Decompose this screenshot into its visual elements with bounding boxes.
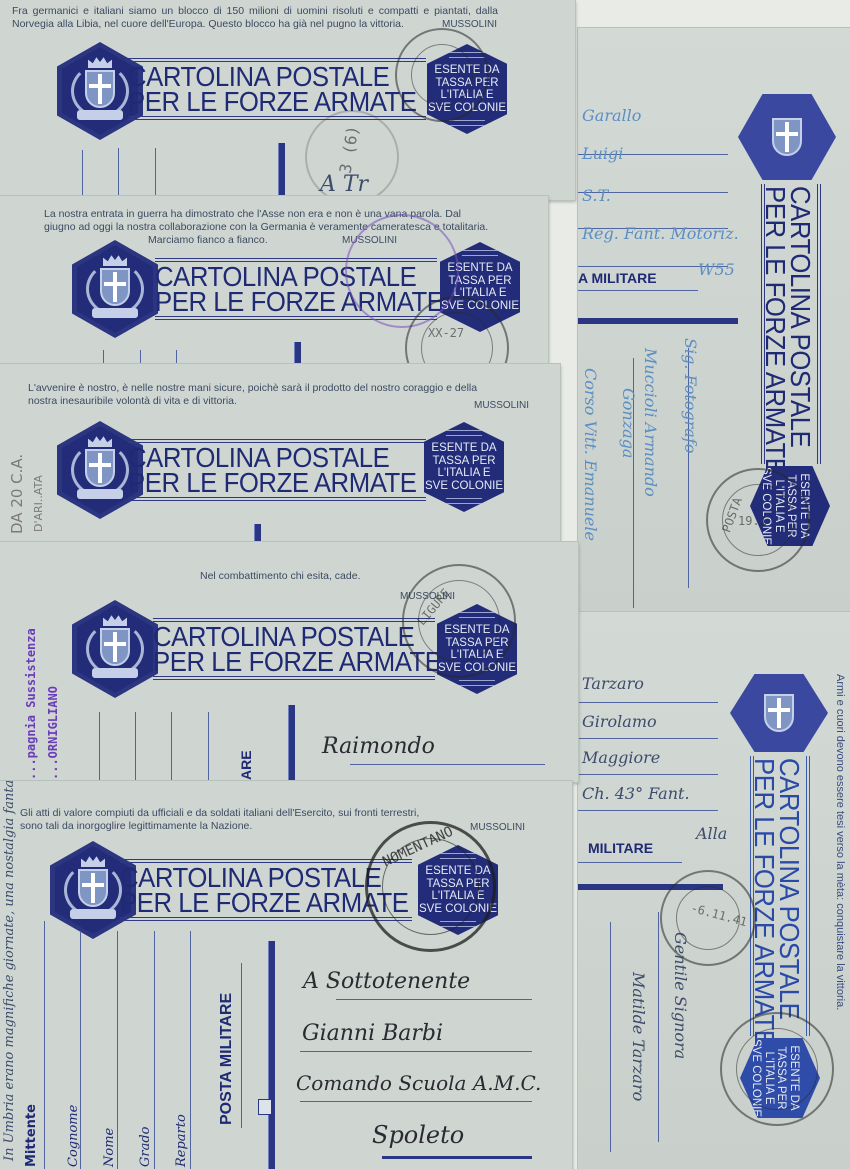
- field-label-reparto: Reparto: [174, 1114, 189, 1167]
- address-line-3: [300, 1101, 532, 1102]
- sender-line: [155, 148, 156, 200]
- coat-of-arms-emblem: [738, 94, 836, 180]
- savoy-shield-icon: [764, 694, 794, 732]
- field-label-grado: Grado: [138, 1127, 153, 1168]
- flag-icon: [258, 1099, 272, 1115]
- address-line-2: [300, 1051, 532, 1052]
- postcard-6: Garallo Luigi S.T. Reg. Fant. Motoriz. W…: [578, 28, 850, 613]
- handwriting-address-3: Comando Scuola A.M.C.: [296, 1071, 541, 1095]
- handwriting-address-1: Alla: [696, 824, 727, 843]
- sender-line-reparto: [190, 931, 191, 1169]
- handwriting-address-4: Spoleto: [372, 1121, 464, 1149]
- field-label-nome: Nome: [102, 1128, 117, 1167]
- sender-line: [578, 810, 718, 811]
- label-underline: [578, 290, 698, 291]
- postcard-1: Fra germanici e italiani siamo un blocco…: [0, 0, 575, 200]
- posta-militare-label: POSTA MILITARE: [218, 993, 236, 1125]
- handwriting-sender-1: Garallo: [582, 106, 641, 125]
- address-line: [350, 764, 545, 765]
- title-band: CARTOLINA POSTALE PER LE FORZE ARMATE: [128, 58, 426, 120]
- quote-author: MUSSOLINI: [470, 821, 525, 834]
- sender-line: [578, 738, 718, 739]
- sender-line: [99, 712, 100, 782]
- postmark-date: 19.1: [738, 514, 767, 528]
- card-title-line2: PER LE FORZE ARMATE: [763, 186, 788, 475]
- handwriting-sender-5: W55: [698, 260, 735, 279]
- sender-line: [118, 148, 119, 200]
- side-stamp-line2: ...ORNIGLIANO: [46, 686, 60, 780]
- handwriting-sender-3: S.T.: [582, 186, 611, 205]
- coat-of-arms-emblem: [72, 240, 158, 338]
- postcard-4: Nel combattimento chi esita, cade. MUSSO…: [0, 542, 578, 782]
- field-label-mittente: Mittente: [24, 1104, 39, 1167]
- postmark-center: XX-27: [428, 326, 464, 340]
- posta-militare-label: A MILITARE: [578, 270, 657, 286]
- card-title-line2: PER LE FORZE ARMATE: [752, 758, 777, 1047]
- coat-of-arms-emblem: [72, 600, 158, 698]
- postcard-2: La nostra entrata in guerra ha dimostrat…: [0, 196, 548, 366]
- tax-exempt-badge: ESENTE DATASSA PERL'ITALIA ESVE COLONIE: [424, 422, 504, 512]
- handwriting-recipient: A Tr: [320, 172, 368, 197]
- propaganda-quote: Nel combattimento chi esita, cade.: [200, 570, 361, 583]
- field-label-cognome: Cognome: [66, 1105, 81, 1167]
- posta-militare-label: MILITARE: [588, 840, 653, 856]
- handwriting-address-1: Sig. Fotografo: [681, 338, 700, 453]
- postcard-7: Tarzaro Girolamo Maggiore Ch. 43° Fant. …: [578, 612, 850, 1169]
- side-stamp-line1: ...pagnia Sussistenza: [24, 628, 38, 780]
- handwriting-address-3: Gonzaga: [619, 388, 638, 458]
- side-stamp-line1: DA 20 C.A.: [8, 454, 26, 534]
- sender-line: [578, 702, 718, 703]
- label-underline: [241, 963, 242, 1128]
- propaganda-quote: Fra germanici e italiani siamo un blocco…: [12, 5, 498, 31]
- sender-line: [171, 712, 172, 782]
- postcard-5: Gli atti di valore compiuti da ufficiali…: [0, 781, 572, 1169]
- side-quote: Armi e cuori devono essere tesi verso la…: [834, 674, 846, 1010]
- sender-line: [135, 712, 136, 782]
- address-line-4: [382, 1156, 532, 1159]
- flagpole: [294, 342, 301, 366]
- side-stamp-line2: D'ARI..ATA: [32, 475, 45, 532]
- card-title-line2: PER LE FORZE ARMATE: [128, 470, 402, 495]
- card-title-line2: PER LE FORZE ARMATE: [120, 890, 389, 915]
- handwriting-sender-1: Tarzaro: [582, 674, 644, 693]
- propaganda-quote: La nostra entrata in guerra ha dimostrat…: [44, 208, 548, 247]
- vertical-title-band: CARTOLINA POSTALE PER LE FORZE ARMATE: [761, 184, 821, 464]
- vertical-title-band: CARTOLINA POSTALE PER LE FORZE ARMATE: [750, 756, 810, 1036]
- title-band: CARTOLINA POSTALE PER LE FORZE ARMATE: [153, 618, 435, 680]
- handwriting-address-2: Gentile Signora: [671, 932, 690, 1059]
- savoy-shield-icon: [85, 449, 115, 487]
- sender-line-nome: [117, 931, 118, 1169]
- address-line: [610, 922, 611, 1152]
- savoy-shield-icon: [85, 70, 115, 108]
- title-band: CARTOLINA POSTALE PER LE FORZE ARMATE: [128, 439, 426, 501]
- sender-line: [578, 774, 718, 775]
- handwriting-sender-4: Reg. Fant. Motoriz.: [582, 224, 739, 243]
- propaganda-quote: L'avvenire è nostro, è nelle nostre mani…: [28, 382, 533, 408]
- handwriting-sender-4: Ch. 43° Fant.: [582, 784, 690, 803]
- handwriting-recipient: Raimondo: [322, 734, 435, 759]
- handwriting-address-3: Matilde Tarzaro: [629, 972, 648, 1101]
- label-underline: [578, 862, 682, 863]
- flagpole: [254, 524, 261, 544]
- handwriting-sender-2: Luigi: [582, 144, 623, 163]
- postmark-postale: [395, 28, 489, 122]
- postcard-3: L'avvenire è nostro, è nelle nostre mani…: [0, 364, 560, 544]
- posta-militare-label: ARE: [238, 750, 254, 780]
- card-title-line1: CARTOLINA POSTALE: [788, 186, 813, 475]
- handwriting-address-2: Gianni Barbi: [302, 1021, 443, 1046]
- handwriting-address-2: Muccioli Armando: [641, 348, 660, 497]
- handwriting-address-1: A Sottotenente: [303, 969, 470, 994]
- sender-line-grado: [154, 931, 155, 1169]
- flagpole: [268, 941, 275, 1169]
- savoy-shield-icon: [78, 869, 108, 907]
- flagpole-horizontal: [578, 318, 738, 324]
- savoy-shield-icon: [100, 628, 130, 666]
- address-line: [658, 912, 659, 1142]
- savoy-shield-icon: [100, 268, 130, 306]
- flagpole: [288, 705, 295, 782]
- postmark-bottom: [720, 1012, 834, 1126]
- card-title-line1: CARTOLINA POSTALE: [777, 758, 802, 1047]
- quote-author: MUSSOLINI: [474, 399, 529, 412]
- card-title-line2: PER LE FORZE ARMATE: [153, 649, 412, 674]
- handwriting-sender-3: Maggiore: [582, 748, 660, 767]
- address-line-1: [336, 999, 532, 1000]
- flagpole: [278, 143, 285, 200]
- savoy-shield-icon: [772, 118, 802, 156]
- coat-of-arms-emblem: [730, 674, 828, 752]
- sender-line: [208, 712, 209, 782]
- handwriting-sender-2: Girolamo: [582, 712, 657, 731]
- sender-line-mittente: [44, 921, 45, 1169]
- handwriting-address-4: Corso Vitt. Emanuele: [581, 368, 600, 541]
- sender-line: [82, 150, 83, 200]
